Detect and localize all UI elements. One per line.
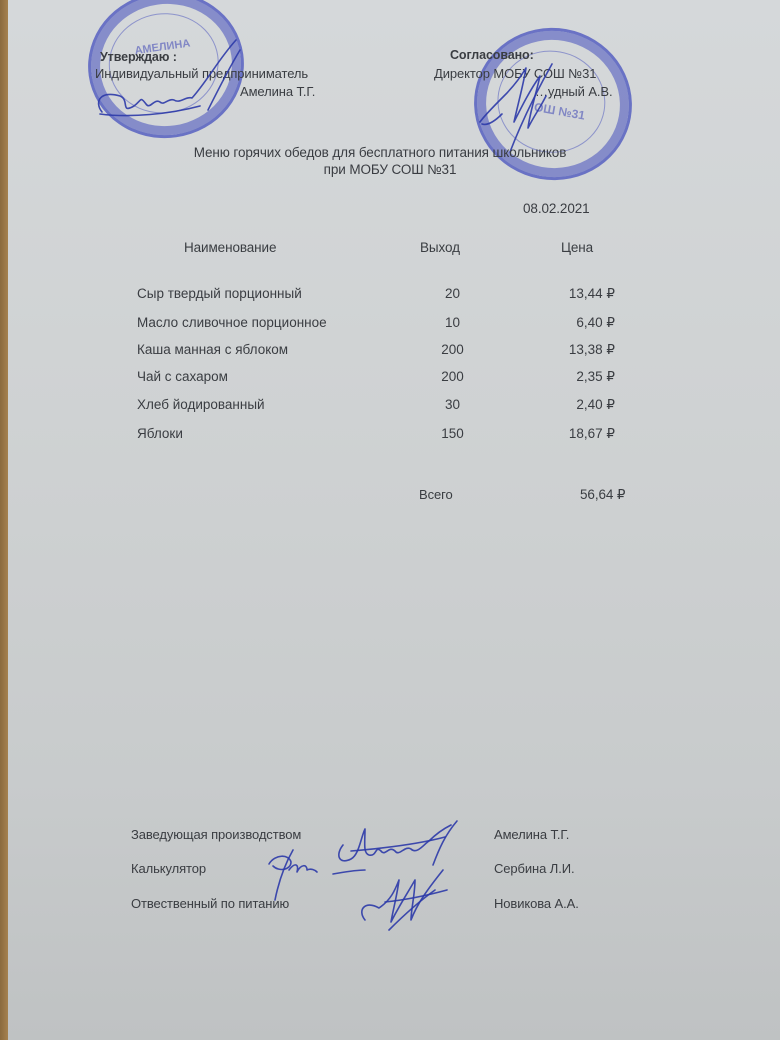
item-price: 18,67 ₽ (569, 426, 615, 442)
item-price: 13,44 ₽ (569, 286, 615, 302)
document-subtitle: при МОБУ СОШ №31 (0, 162, 780, 177)
column-header-name: Наименование (184, 240, 276, 255)
item-yield: 20 (400, 286, 505, 301)
item-name: Масло сливочное порционное (137, 315, 327, 330)
document-title: Меню горячих обедов для бесплатного пита… (0, 145, 770, 160)
table-row: Каша манная с яблоком 200 13,38 ₽ (0, 342, 780, 362)
item-price: 13,38 ₽ (569, 342, 615, 358)
signature-name: Амелина Т.Г. (494, 827, 569, 842)
item-price: 2,40 ₽ (576, 397, 615, 413)
table-row: Яблоки 150 18,67 ₽ (0, 426, 780, 446)
item-name: Яблоки (137, 426, 183, 441)
table-row: Сыр твердый порционный 20 13,44 ₽ (0, 286, 780, 306)
document-date: 08.02.2021 (523, 201, 590, 216)
table-row: Чай с сахаром 200 2,35 ₽ (0, 369, 780, 389)
item-price: 2,35 ₽ (576, 369, 615, 385)
item-yield: 150 (400, 426, 505, 441)
item-yield: 10 (400, 315, 505, 330)
column-header-yield: Выход (420, 240, 460, 255)
signature-name: Сербина Л.И. (494, 861, 574, 876)
item-name: Хлеб йодированный (137, 397, 265, 412)
total-value: 56,64 ₽ (580, 487, 625, 503)
signature-name: Новикова А.А. (494, 896, 579, 911)
table-row: Масло сливочное порционное 10 6,40 ₽ (0, 315, 780, 335)
item-yield: 30 (400, 397, 505, 412)
item-yield: 200 (400, 342, 505, 357)
signature-role: Калькулятор (131, 861, 206, 876)
item-price: 6,40 ₽ (576, 315, 615, 331)
table-row: Хлеб йодированный 30 2,40 ₽ (0, 397, 780, 417)
column-header-price: Цена (561, 240, 593, 255)
approver-name: Амелина Т.Г. (240, 84, 315, 99)
total-label: Всего (419, 487, 453, 502)
item-name: Чай с сахаром (137, 369, 228, 384)
director-signature (474, 56, 584, 156)
nutrition-officer-signature (355, 860, 475, 930)
item-yield: 200 (400, 369, 505, 384)
item-name: Сыр твердый порционный (137, 286, 302, 301)
item-name: Каша манная с яблоком (137, 342, 288, 357)
approver-signature (90, 40, 250, 120)
